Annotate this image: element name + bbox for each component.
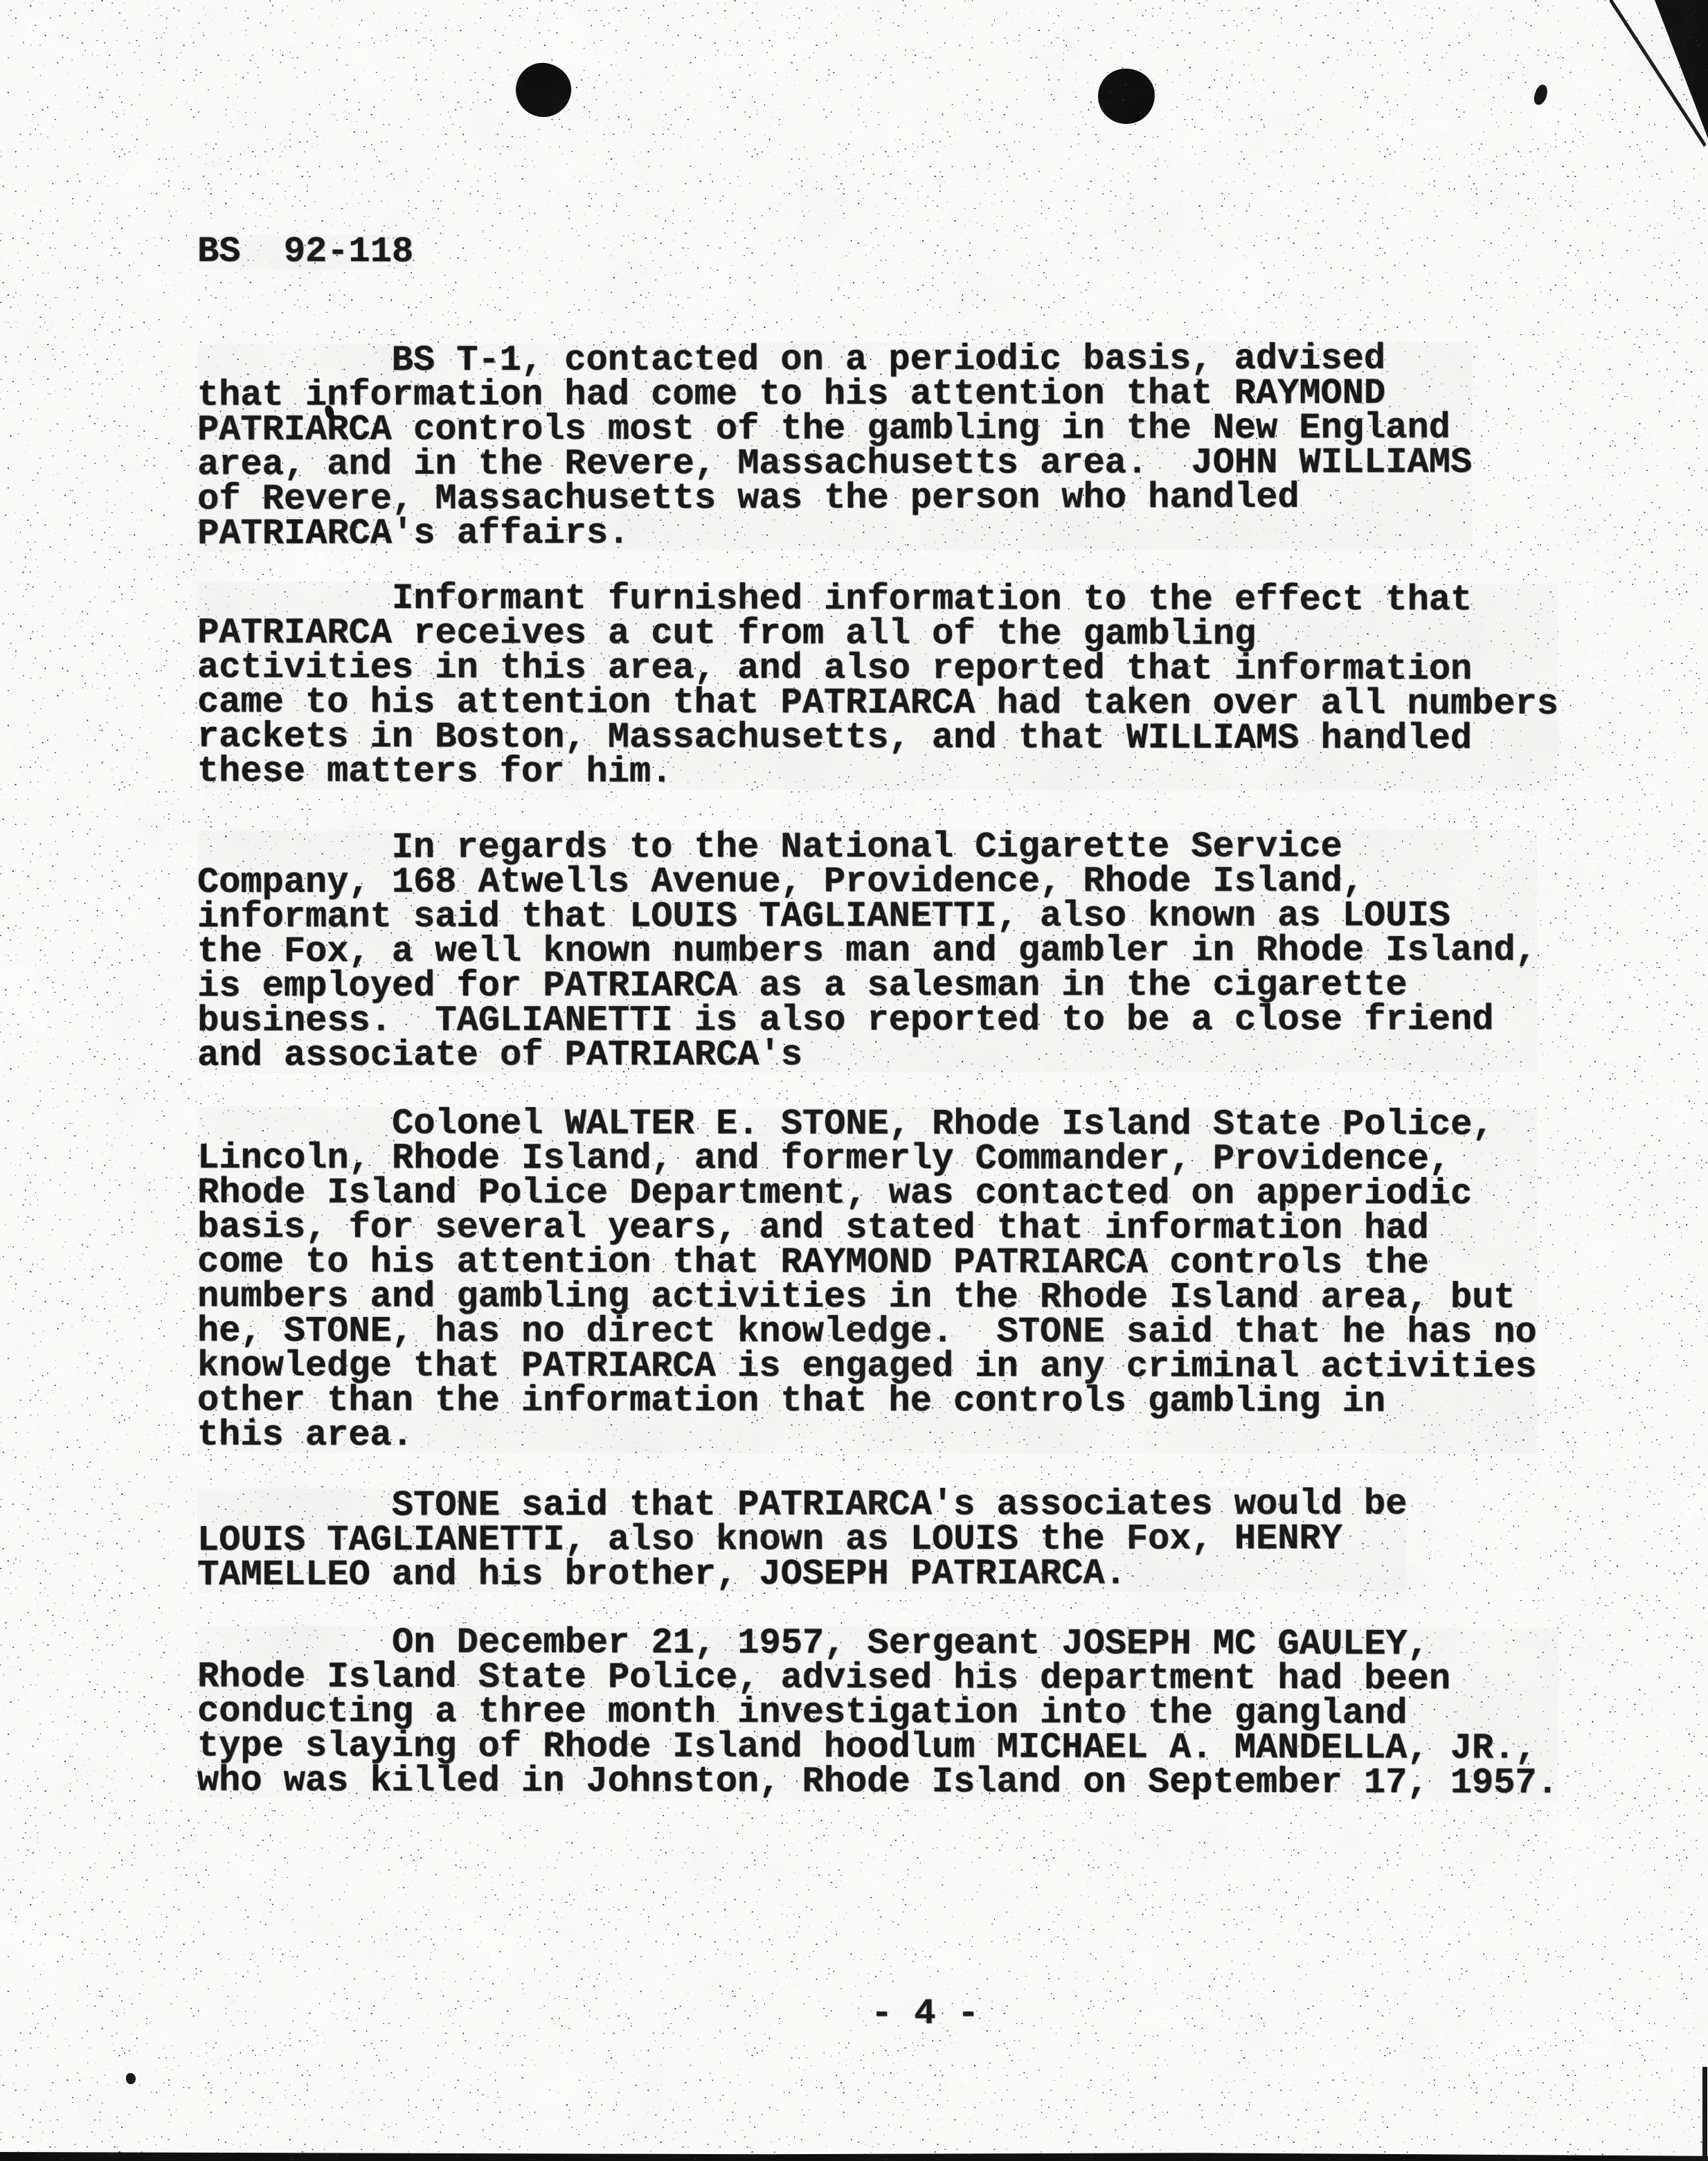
scan-edge-bottom [0, 2152, 1708, 2161]
paragraph-mcgauley-investigation: On December 21, 1957, Sergeant JOSEPH MC… [197, 1625, 1558, 1800]
hole-punch-right-icon [1095, 66, 1158, 127]
page-number: - 4 - [871, 1997, 979, 2032]
paragraph-national-cigarette-service: In regards to the National Cigarette Ser… [197, 830, 1537, 1073]
paragraph-informant-gambling-cut: Informant furnished information to the e… [197, 582, 1558, 791]
scan-noise-overlay [0, 0, 1708, 2161]
paragraph-colonel-stone: Colonel WALTER E. STONE, Rhode Island St… [197, 1106, 1537, 1454]
paragraph-bs-t1-informant: BS T-1, contacted on a periodic basis, a… [197, 341, 1473, 551]
scan-edge-right [1702, 2067, 1707, 2161]
ink-smudge [126, 2073, 136, 2084]
document-page: BS 92-118 BS T-1, contacted on a periodi… [0, 0, 1708, 2161]
paragraph-stone-associates: STONE said that PATRIARCA's associates w… [197, 1487, 1408, 1593]
page-corner-fold [1655, 0, 1708, 138]
hole-punch-left-icon [512, 60, 575, 120]
ink-smudge [1531, 83, 1549, 107]
file-number: BS 92-118 [197, 235, 413, 269]
